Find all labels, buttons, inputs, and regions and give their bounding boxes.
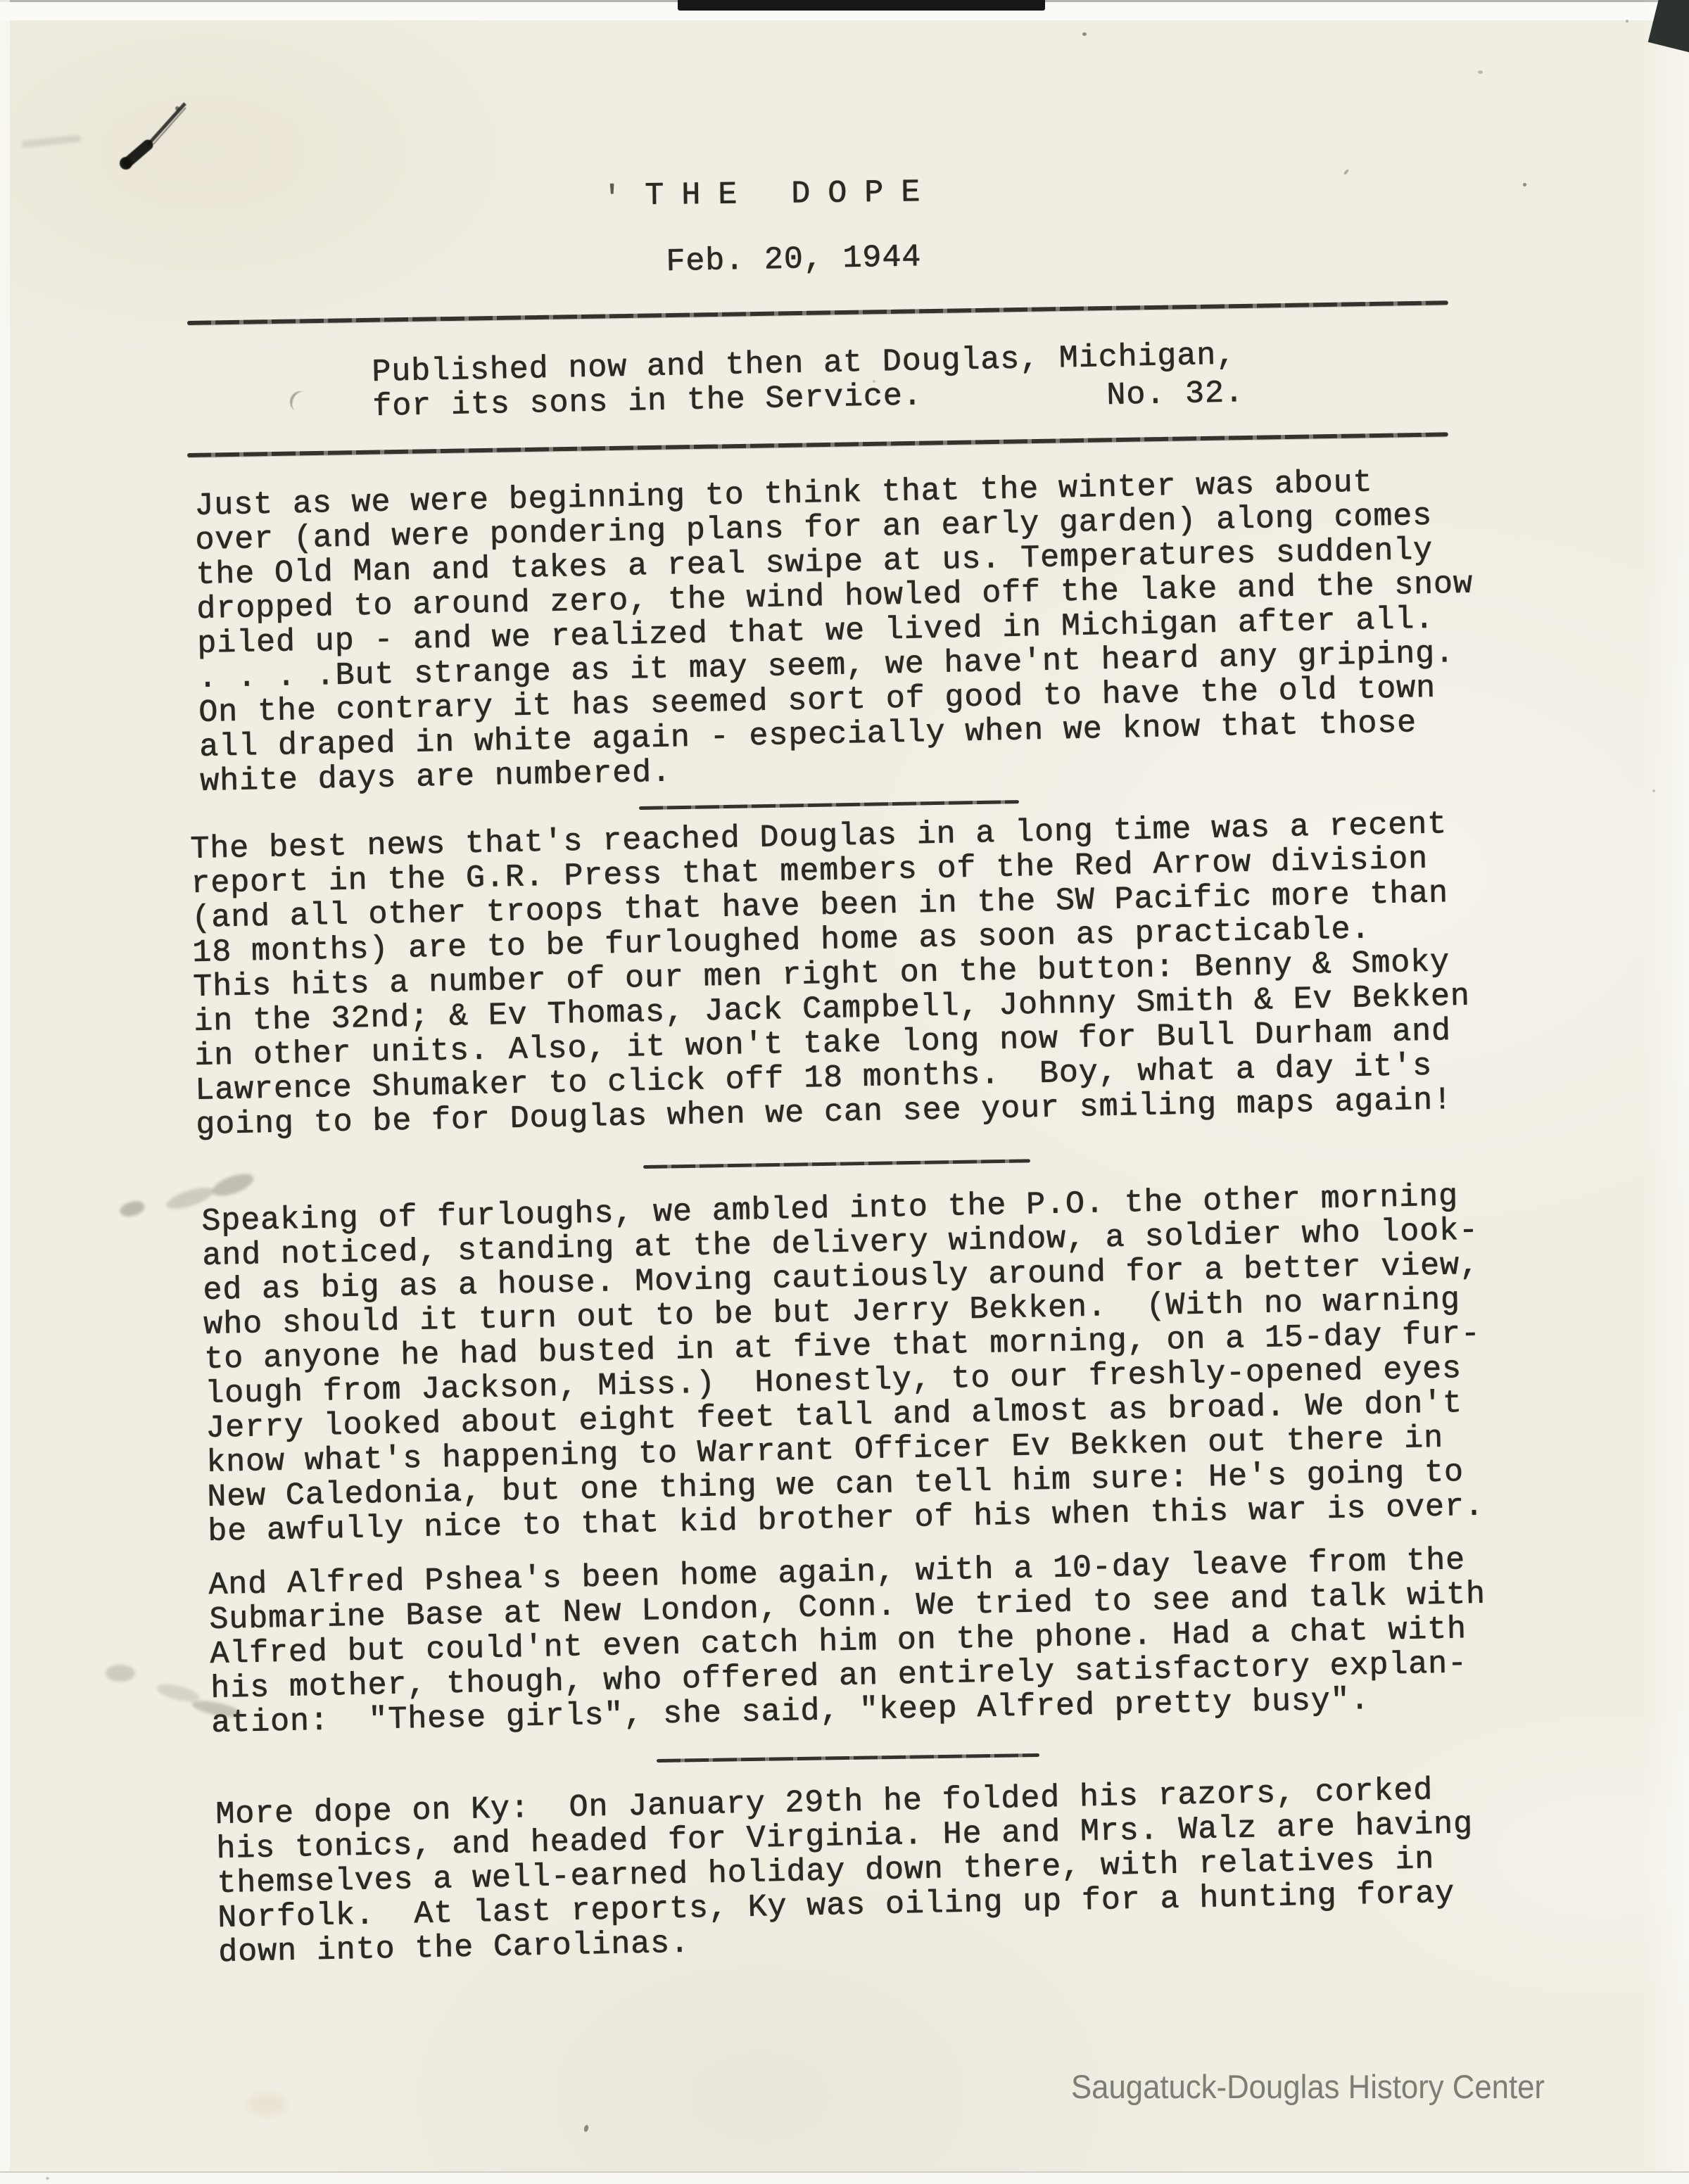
smudge-left-of-paragraph-4 [106, 1665, 135, 1682]
issue-date: Feb. 20, 1944 [666, 240, 922, 279]
paper-speck [1652, 789, 1655, 792]
section-divider-3 [657, 1753, 1039, 1763]
masthead-rule-top [187, 300, 1448, 325]
pencil-smudge-mark [21, 135, 82, 148]
paper-speck [1626, 20, 1628, 23]
paper-left-edge [0, 0, 10, 2184]
paper-speck [1082, 32, 1087, 36]
section-divider-1 [639, 800, 1019, 810]
article-paragraph-alfred-pshea: And Alfred Pshea's been home again, with… [208, 1543, 1488, 1741]
paper-speck [583, 2124, 589, 2132]
smudge-above-paragraph-3 [210, 1169, 256, 1200]
scanner-black-bar-artifact [678, 0, 1045, 11]
paper-speck [1523, 183, 1526, 186]
issue-number: No. 32. [1106, 376, 1244, 413]
stray-typed-tick: ' [602, 182, 623, 216]
paper-speck [873, 380, 875, 383]
paper-stain [248, 2094, 286, 2115]
article-paragraph-furlough-news: The best news that's reached Douglas in … [190, 807, 1472, 1143]
ink-smudge-mark [104, 79, 203, 177]
smudge-above-paragraph-3 [118, 1199, 146, 1219]
masthead-rule-bottom [187, 432, 1448, 457]
paper-bottom-edge [0, 2171, 1689, 2184]
paper-right-edge [1640, 0, 1689, 2184]
newsletter-title: THE DOPE [645, 175, 938, 213]
section-divider-2 [643, 1159, 1030, 1169]
article-paragraph-ky: More dope on Ky: On January 29th he fold… [215, 1772, 1475, 1970]
pen-curl-mark [286, 388, 315, 416]
paper-speck [1343, 169, 1350, 175]
paper-speck [46, 2177, 49, 2180]
article-paragraph-jerry-bekken: Speaking of furloughs, we ambled into th… [201, 1179, 1484, 1549]
paper-speck [1478, 70, 1483, 74]
article-paragraph-winter: Just as we were beginning to think that … [194, 464, 1476, 799]
history-center-watermark: Saugatuck-Douglas History Center [1071, 2067, 1545, 2106]
scanned-newsletter-page: ' THE DOPE Feb. 20, 1944 Published now a… [0, 0, 1689, 2184]
